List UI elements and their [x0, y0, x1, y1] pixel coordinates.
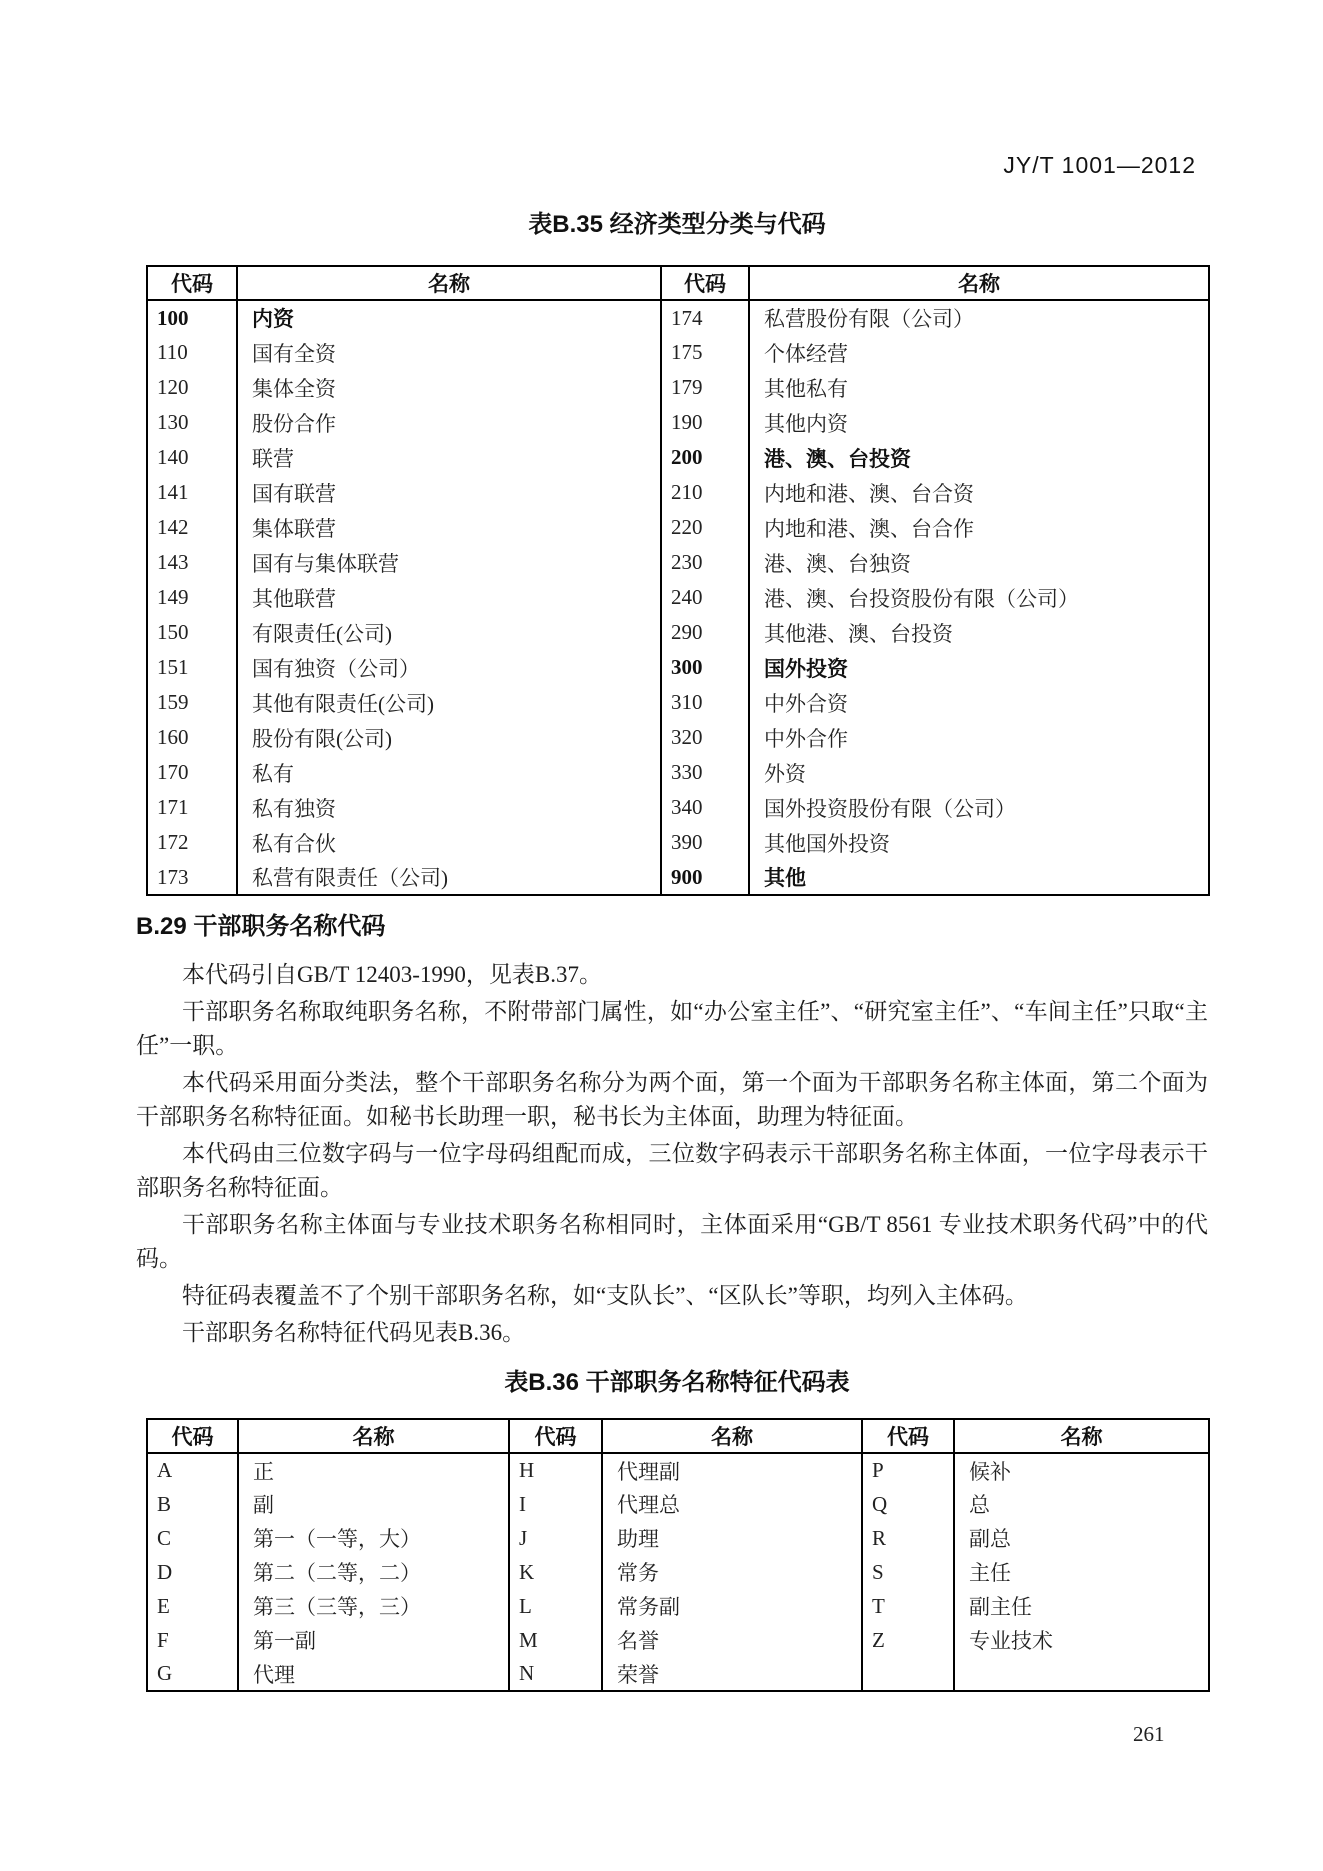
code-cell: T: [862, 1589, 954, 1623]
name-cell: 有限责任(公司): [237, 615, 661, 650]
name-cell: 副: [238, 1487, 509, 1521]
code-cell: 110: [147, 335, 237, 370]
name-cell: 第一（一等，大）: [238, 1521, 509, 1555]
code-cell: 320: [661, 720, 749, 755]
name-cell: 内地和港、澳、台合作: [749, 510, 1209, 545]
code-cell: 175: [661, 335, 749, 370]
name-cell: 港、澳、台投资股份有限（公司）: [749, 580, 1209, 615]
name-cell: 外资: [749, 755, 1209, 790]
code-cell: 210: [661, 475, 749, 510]
name-cell: 国有独资（公司）: [237, 650, 661, 685]
document-code: JY/T 1001—2012: [1003, 152, 1196, 179]
code-cell: 173: [147, 860, 237, 895]
code-cell: C: [147, 1521, 238, 1555]
code-cell: 230: [661, 545, 749, 580]
column-header: 代码: [661, 266, 749, 300]
code-cell: G: [147, 1657, 238, 1691]
name-cell: 其他联营: [237, 580, 661, 615]
name-cell: 副主任: [954, 1589, 1209, 1623]
name-cell: 名誉: [602, 1623, 862, 1657]
name-cell: 其他有限责任(公司): [237, 685, 661, 720]
table-b36: 代码 名称 代码 名称 代码 名称 A正H代理副P候补B副I代理总Q总C第一（一…: [146, 1418, 1210, 1692]
name-cell: 内资: [237, 300, 661, 335]
name-cell: 国有全资: [237, 335, 661, 370]
table-b36-title: 表B.36 干部职务名称特征代码表: [146, 1362, 1208, 1397]
code-cell: 142: [147, 510, 237, 545]
code-cell: 300: [661, 650, 749, 685]
code-cell: A: [147, 1453, 238, 1487]
name-cell: 第三（三等，三）: [238, 1589, 509, 1623]
code-cell: F: [147, 1623, 238, 1657]
name-cell: 代理: [238, 1657, 509, 1691]
body-paragraph: 本代码引自GB/T 12403-1990，见表B.37。: [136, 958, 1208, 992]
table-row: 149其他联营240港、澳、台投资股份有限（公司）: [147, 580, 1209, 615]
code-cell: 340: [661, 790, 749, 825]
table-b35-title: 表B.35 经济类型分类与代码: [146, 204, 1208, 239]
name-cell: 常务副: [602, 1589, 862, 1623]
code-cell: 100: [147, 300, 237, 335]
code-cell: I: [509, 1487, 602, 1521]
code-cell: 190: [661, 405, 749, 440]
column-header: 名称: [954, 1419, 1209, 1453]
name-cell: 内地和港、澳、台合资: [749, 475, 1209, 510]
name-cell: 个体经营: [749, 335, 1209, 370]
name-cell: 集体联营: [237, 510, 661, 545]
table-row: 110国有全资175个体经营: [147, 335, 1209, 370]
body-paragraph: 干部职务名称取纯职务名称，不附带部门属性，如“办公室主任”、“研究室主任”、“车…: [136, 995, 1208, 1063]
column-header: 代码: [147, 266, 237, 300]
code-cell: 390: [661, 825, 749, 860]
document-page: JY/T 1001—2012 表B.35 经济类型分类与代码 代码 名称 代码 …: [0, 0, 1323, 1871]
column-header: 名称: [238, 1419, 509, 1453]
table-row: 151国有独资（公司）300国外投资: [147, 650, 1209, 685]
code-cell: 240: [661, 580, 749, 615]
name-cell: 国有联营: [237, 475, 661, 510]
code-cell: 149: [147, 580, 237, 615]
code-cell: Z: [862, 1623, 954, 1657]
code-cell: 140: [147, 440, 237, 475]
table-row: 143国有与集体联营230港、澳、台独资: [147, 545, 1209, 580]
column-header: 名称: [602, 1419, 862, 1453]
table-row: 140联营200港、澳、台投资: [147, 440, 1209, 475]
name-cell: 国外投资: [749, 650, 1209, 685]
code-cell: 159: [147, 685, 237, 720]
section-b29-heading: B.29 干部职务名称代码: [136, 906, 385, 941]
name-cell: 私有: [237, 755, 661, 790]
table-b35-header-row: 代码 名称 代码 名称: [147, 266, 1209, 300]
name-cell: [954, 1657, 1209, 1691]
table-row: A正H代理副P候补: [147, 1453, 1209, 1487]
code-cell: 160: [147, 720, 237, 755]
name-cell: 中外合资: [749, 685, 1209, 720]
code-cell: 900: [661, 860, 749, 895]
table-row: 160股份有限(公司)320中外合作: [147, 720, 1209, 755]
table-row: 141国有联营210内地和港、澳、台合资: [147, 475, 1209, 510]
code-cell: S: [862, 1555, 954, 1589]
name-cell: 专业技术: [954, 1623, 1209, 1657]
body-paragraph: 特征码表覆盖不了个别干部职务名称，如“支队长”、“区队长”等职，均列入主体码。: [136, 1279, 1208, 1313]
name-cell: 集体全资: [237, 370, 661, 405]
name-cell: 候补: [954, 1453, 1209, 1487]
name-cell: 股份有限(公司): [237, 720, 661, 755]
table-row: C第一（一等，大）J助理R副总: [147, 1521, 1209, 1555]
table-row: 150有限责任(公司)290其他港、澳、台投资: [147, 615, 1209, 650]
name-cell: 其他港、澳、台投资: [749, 615, 1209, 650]
name-cell: 其他内资: [749, 405, 1209, 440]
body-paragraph: 干部职务名称主体面与专业技术职务名称相同时，主体面采用“GB/T 8561 专业…: [136, 1208, 1208, 1276]
table-row: 171私有独资340国外投资股份有限（公司）: [147, 790, 1209, 825]
code-cell: K: [509, 1555, 602, 1589]
section-b29-paragraphs: 本代码引自GB/T 12403-1990，见表B.37。干部职务名称取纯职务名称…: [136, 958, 1208, 1353]
name-cell: 助理: [602, 1521, 862, 1555]
name-cell: 港、澳、台投资: [749, 440, 1209, 475]
table-b35: 代码 名称 代码 名称 100内资174私营股份有限（公司）110国有全资175…: [146, 265, 1210, 896]
body-paragraph: 本代码采用面分类法，整个干部职务名称分为两个面，第一个面为干部职务名称主体面，第…: [136, 1066, 1208, 1134]
table-row: 130股份合作190其他内资: [147, 405, 1209, 440]
name-cell: 私营有限责任（公司): [237, 860, 661, 895]
code-cell: E: [147, 1589, 238, 1623]
name-cell: 港、澳、台独资: [749, 545, 1209, 580]
table-row: E第三（三等，三）L常务副T副主任: [147, 1589, 1209, 1623]
name-cell: 股份合作: [237, 405, 661, 440]
name-cell: 私营股份有限（公司）: [749, 300, 1209, 335]
name-cell: 副总: [954, 1521, 1209, 1555]
name-cell: 国外投资股份有限（公司）: [749, 790, 1209, 825]
column-header: 代码: [862, 1419, 954, 1453]
table-row: 172私有合伙390其他国外投资: [147, 825, 1209, 860]
column-header: 名称: [237, 266, 661, 300]
column-header: 名称: [749, 266, 1209, 300]
code-cell: M: [509, 1623, 602, 1657]
column-header: 代码: [509, 1419, 602, 1453]
name-cell: 联营: [237, 440, 661, 475]
code-cell: 179: [661, 370, 749, 405]
code-cell: 143: [147, 545, 237, 580]
name-cell: 私有独资: [237, 790, 661, 825]
name-cell: 常务: [602, 1555, 862, 1589]
table-row: D第二（二等，二）K常务S主任: [147, 1555, 1209, 1589]
name-cell: 第二（二等，二）: [238, 1555, 509, 1589]
code-cell: 170: [147, 755, 237, 790]
name-cell: 其他国外投资: [749, 825, 1209, 860]
column-header: 代码: [147, 1419, 238, 1453]
table-row: F第一副M名誉Z专业技术: [147, 1623, 1209, 1657]
table-b36-header-row: 代码 名称 代码 名称 代码 名称: [147, 1419, 1209, 1453]
code-cell: N: [509, 1657, 602, 1691]
name-cell: 中外合作: [749, 720, 1209, 755]
name-cell: 主任: [954, 1555, 1209, 1589]
code-cell: 130: [147, 405, 237, 440]
code-cell: 150: [147, 615, 237, 650]
name-cell: 其他私有: [749, 370, 1209, 405]
name-cell: 正: [238, 1453, 509, 1487]
code-cell: 174: [661, 300, 749, 335]
name-cell: 国有与集体联营: [237, 545, 661, 580]
name-cell: 代理总: [602, 1487, 862, 1521]
code-cell: H: [509, 1453, 602, 1487]
name-cell: 其他: [749, 860, 1209, 895]
code-cell: 120: [147, 370, 237, 405]
code-cell: 141: [147, 475, 237, 510]
code-cell: Q: [862, 1487, 954, 1521]
table-row: B副I代理总Q总: [147, 1487, 1209, 1521]
body-paragraph: 本代码由三位数字码与一位字母码组配而成，三位数字码表示干部职务名称主体面，一位字…: [136, 1137, 1208, 1205]
table-row: 159其他有限责任(公司)310中外合资: [147, 685, 1209, 720]
code-cell: 172: [147, 825, 237, 860]
code-cell: 200: [661, 440, 749, 475]
code-cell: D: [147, 1555, 238, 1589]
name-cell: 第一副: [238, 1623, 509, 1657]
body-paragraph: 干部职务名称特征代码见表B.36。: [136, 1316, 1208, 1350]
code-cell: 151: [147, 650, 237, 685]
name-cell: 总: [954, 1487, 1209, 1521]
code-cell: R: [862, 1521, 954, 1555]
name-cell: 荣誉: [602, 1657, 862, 1691]
table-row: 170私有330外资: [147, 755, 1209, 790]
table-row: 120集体全资179其他私有: [147, 370, 1209, 405]
table-row: 142集体联营220内地和港、澳、台合作: [147, 510, 1209, 545]
table-row: G代理N荣誉: [147, 1657, 1209, 1691]
table-row: 100内资174私营股份有限（公司）: [147, 300, 1209, 335]
code-cell: 330: [661, 755, 749, 790]
code-cell: [862, 1657, 954, 1691]
code-cell: 290: [661, 615, 749, 650]
code-cell: L: [509, 1589, 602, 1623]
code-cell: B: [147, 1487, 238, 1521]
code-cell: 310: [661, 685, 749, 720]
code-cell: 220: [661, 510, 749, 545]
name-cell: 代理副: [602, 1453, 862, 1487]
name-cell: 私有合伙: [237, 825, 661, 860]
code-cell: J: [509, 1521, 602, 1555]
page-number: 261: [1133, 1722, 1165, 1747]
code-cell: 171: [147, 790, 237, 825]
table-row: 173私营有限责任（公司)900其他: [147, 860, 1209, 895]
code-cell: P: [862, 1453, 954, 1487]
